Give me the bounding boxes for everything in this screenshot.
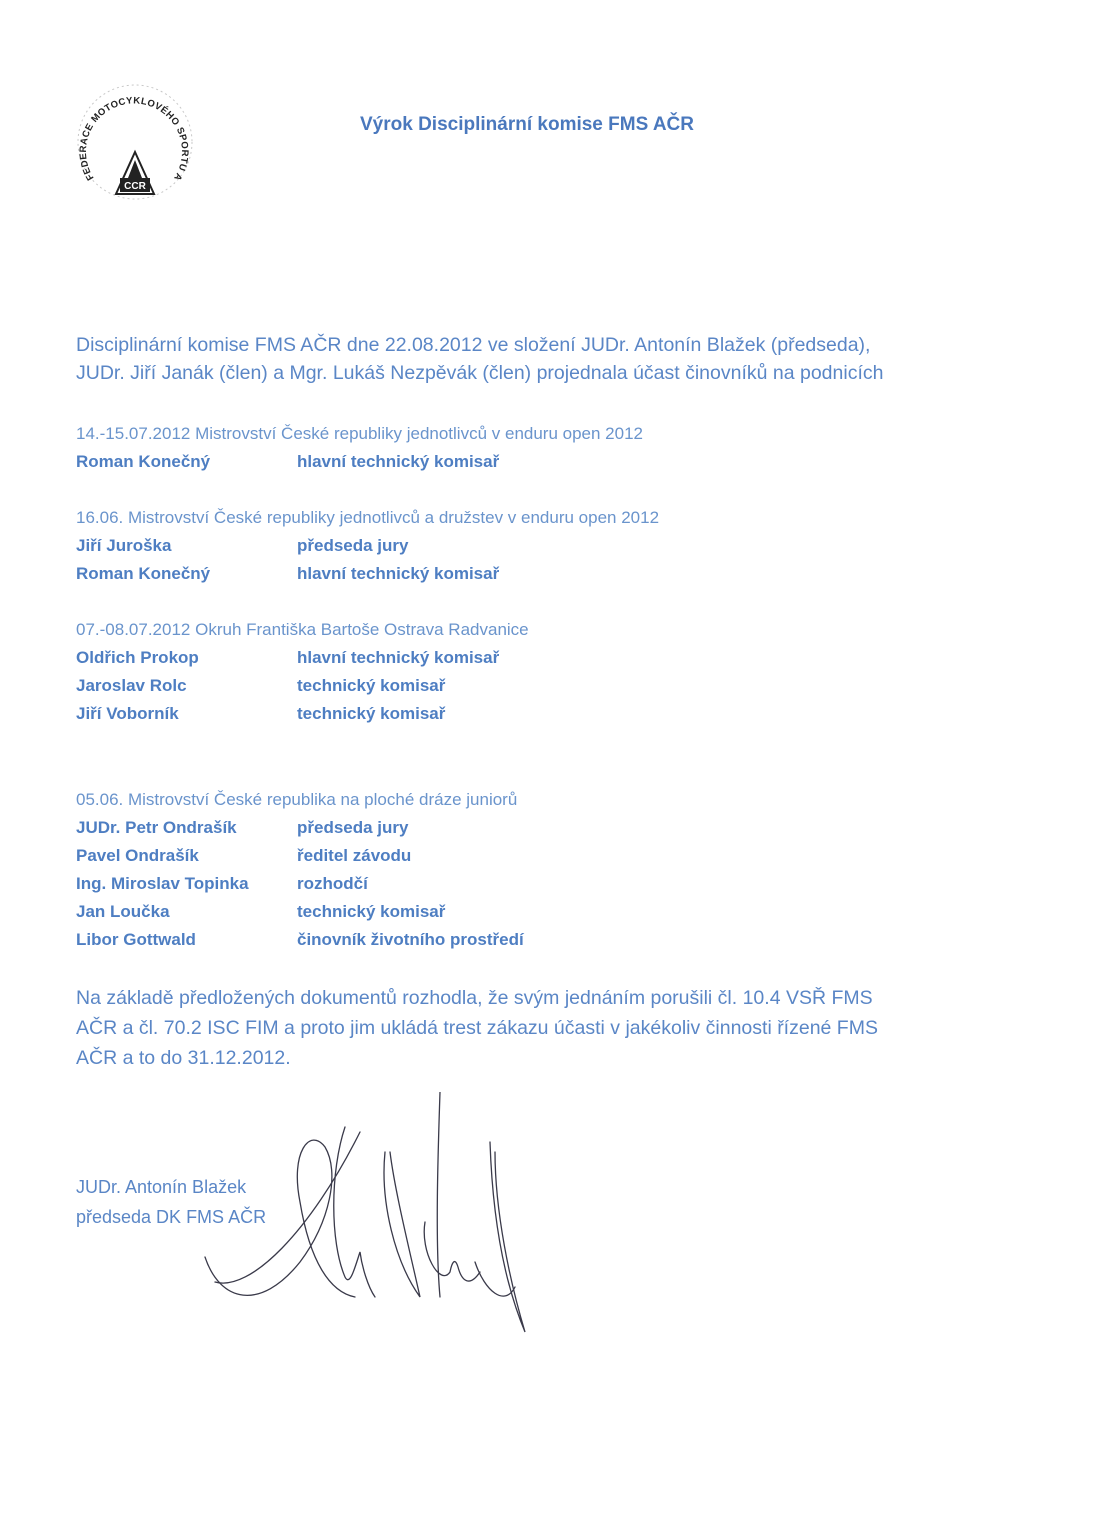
event-heading: 05.06. Mistrovství České republika na pl… xyxy=(76,786,836,814)
official-name: Ing. Miroslav Topinka xyxy=(76,870,297,898)
official-row: Roman Konečný hlavní technický komisař xyxy=(76,560,836,588)
official-role: hlavní technický komisař xyxy=(297,448,499,476)
official-name: Libor Gottwald xyxy=(76,926,297,954)
official-row: Oldřich Prokop hlavní technický komisař xyxy=(76,644,836,672)
official-row: Jiří Juroška předseda jury xyxy=(76,532,836,560)
official-role: ředitel závodu xyxy=(297,842,411,870)
official-row: Libor Gottwald činovník životního prostř… xyxy=(76,926,836,954)
official-name: Jiří Voborník xyxy=(76,700,297,728)
official-name: Roman Konečný xyxy=(76,448,297,476)
event-block: 05.06. Mistrovství České republika na pl… xyxy=(76,786,836,954)
verdict-line: AČR a to do 31.12.2012. xyxy=(76,1043,1024,1073)
intro-paragraph: Disciplinární komise FMS AČR dne 22.08.2… xyxy=(76,331,1036,387)
fms-acr-logo-stamp: FEDERACE MOTOCYKLOVÉHO SPORTU AČR CCR xyxy=(74,82,196,200)
official-role: činovník životního prostředí xyxy=(297,926,524,954)
verdict-line: Na základě předložených dokumentů rozhod… xyxy=(76,983,1024,1013)
event-heading: 14.-15.07.2012 Mistrovství České republi… xyxy=(76,420,836,448)
official-role: předseda jury xyxy=(297,532,409,560)
verdict-line: AČR a čl. 70.2 ISC FIM a proto jim uklád… xyxy=(76,1013,1024,1043)
official-role: hlavní technický komisař xyxy=(297,644,499,672)
official-name: Pavel Ondrašík xyxy=(76,842,297,870)
intro-line: Disciplinární komise FMS AČR dne 22.08.2… xyxy=(76,331,1036,359)
official-role: rozhodčí xyxy=(297,870,368,898)
official-name: Jaroslav Rolc xyxy=(76,672,297,700)
official-role: technický komisař xyxy=(297,700,445,728)
official-role: technický komisař xyxy=(297,898,445,926)
event-heading: 16.06. Mistrovství České republiky jedno… xyxy=(76,504,836,532)
official-role: hlavní technický komisař xyxy=(297,560,499,588)
official-row: Ing. Miroslav Topinka rozhodčí xyxy=(76,870,836,898)
intro-line: JUDr. Jiří Janák (člen) a Mgr. Lukáš Nez… xyxy=(76,359,1036,387)
event-block: 07.-08.07.2012 Okruh Františka Bartoše O… xyxy=(76,616,836,728)
official-row: Jiří Voborník technický komisař xyxy=(76,700,836,728)
official-row: JUDr. Petr Ondrašík předseda jury xyxy=(76,814,836,842)
official-row: Jaroslav Rolc technický komisař xyxy=(76,672,836,700)
official-role: předseda jury xyxy=(297,814,409,842)
event-block: 16.06. Mistrovství České republiky jedno… xyxy=(76,504,836,588)
official-name: JUDr. Petr Ondrašík xyxy=(76,814,297,842)
logo-emblem-text: CCR xyxy=(124,181,146,192)
official-name: Roman Konečný xyxy=(76,560,297,588)
official-row: Roman Konečný hlavní technický komisař xyxy=(76,448,836,476)
document-title: Výrok Disciplinární komise FMS AČR xyxy=(360,114,694,136)
official-row: Jan Loučka technický komisař xyxy=(76,898,836,926)
event-heading: 07.-08.07.2012 Okruh Františka Bartoše O… xyxy=(76,616,836,644)
event-block: 14.-15.07.2012 Mistrovství České republi… xyxy=(76,420,836,476)
official-name: Oldřich Prokop xyxy=(76,644,297,672)
official-name: Jiří Juroška xyxy=(76,532,297,560)
verdict-paragraph: Na základě předložených dokumentů rozhod… xyxy=(76,983,1024,1073)
official-row: Pavel Ondrašík ředitel závodu xyxy=(76,842,836,870)
handwritten-signature xyxy=(190,1092,540,1362)
official-role: technický komisař xyxy=(297,672,445,700)
official-name: Jan Loučka xyxy=(76,898,297,926)
